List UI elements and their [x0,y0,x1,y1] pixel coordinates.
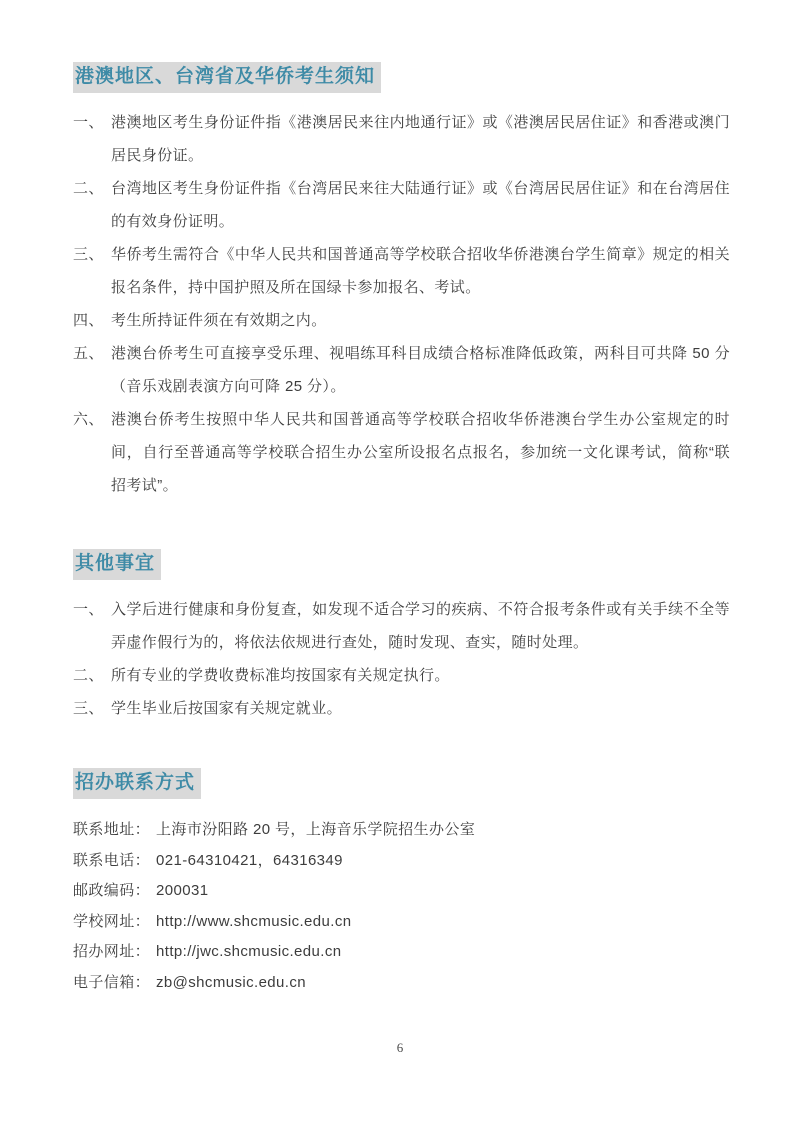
contact-row-address: 联系地址：上海市汾阳路 20 号，上海音乐学院招生办公室 [73,815,730,846]
contact-value: http://jwc.shcmusic.edu.cn [156,943,341,960]
section-admissions-contact: 招办联系方式 联系地址：上海市汾阳路 20 号，上海音乐学院招生办公室 联系电话… [73,768,730,998]
contact-row-phone: 联系电话：021-64310421，64316349 [73,846,730,877]
item-text: 港澳地区考生身份证件指《港澳居民来往内地通行证》或《港澳居民居住证》和香港或澳门… [111,106,730,172]
item-text: 华侨考生需符合《中华人民共和国普通高等学校联合招收华侨港澳台学生简章》规定的相关… [111,238,730,304]
contact-label: 联系地址： [73,821,150,838]
contact-label: 联系电话： [73,852,150,869]
item-text: 学生毕业后按国家有关规定就业。 [111,692,730,725]
section-heading: 其他事宜 [73,549,161,580]
list-item: 三、 学生毕业后按国家有关规定就业。 [73,692,730,725]
list-item: 四、 考生所持证件须在有效期之内。 [73,304,730,337]
contact-label: 学校网址： [73,913,150,930]
list-item: 一、 入学后进行健康和身份复查，如发现不适合学习的疾病、不符合报考条件或有关手续… [73,593,730,659]
item-number: 二、 [73,172,111,238]
section-hk-macau-taiwan-notice: 港澳地区、台湾省及华侨考生须知 一、 港澳地区考生身份证件指《港澳居民来往内地通… [73,60,730,502]
contact-value: 200031 [156,882,208,899]
contact-value: zb@shcmusic.edu.cn [156,974,306,991]
contact-row-school-website: 学校网址：http://www.shcmusic.edu.cn [73,907,730,938]
document-page: 港澳地区、台湾省及华侨考生须知 一、 港澳地区考生身份证件指《港澳居民来往内地通… [0,0,800,1132]
contact-value: http://www.shcmusic.edu.cn [156,913,351,930]
item-text: 港澳台侨考生可直接享受乐理、视唱练耳科目成绩合格标准降低政策，两科目可共降 50… [111,337,730,403]
item-number: 三、 [73,692,111,725]
item-number: 一、 [73,593,111,659]
item-text: 港澳台侨考生按照中华人民共和国普通高等学校联合招收华侨港澳台学生办公室规定的时间… [111,403,730,502]
list-item: 二、 台湾地区考生身份证件指《台湾居民来往大陆通行证》或《台湾居民居住证》和在台… [73,172,730,238]
page-number: 6 [0,1040,800,1056]
contact-label: 邮政编码： [73,882,150,899]
list-item: 一、 港澳地区考生身份证件指《港澳居民来往内地通行证》或《港澳居民居住证》和香港… [73,106,730,172]
list-item: 二、 所有专业的学费收费标准均按国家有关规定执行。 [73,659,730,692]
item-text: 所有专业的学费收费标准均按国家有关规定执行。 [111,659,730,692]
contact-row-email: 电子信箱：zb@shcmusic.edu.cn [73,968,730,999]
section-other-matters: 其他事宜 一、 入学后进行健康和身份复查，如发现不适合学习的疾病、不符合报考条件… [73,549,730,725]
item-number: 五、 [73,337,111,403]
contact-row-admissions-website: 招办网址：http://jwc.shcmusic.edu.cn [73,937,730,968]
contact-list: 联系地址：上海市汾阳路 20 号，上海音乐学院招生办公室 联系电话：021-64… [73,815,730,998]
item-text: 考生所持证件须在有效期之内。 [111,304,730,337]
list-item: 六、 港澳台侨考生按照中华人民共和国普通高等学校联合招收华侨港澳台学生办公室规定… [73,403,730,502]
item-text: 台湾地区考生身份证件指《台湾居民来往大陆通行证》或《台湾居民居住证》和在台湾居住… [111,172,730,238]
item-number: 三、 [73,238,111,304]
list-item: 三、 华侨考生需符合《中华人民共和国普通高等学校联合招收华侨港澳台学生简章》规定… [73,238,730,304]
contact-label: 招办网址： [73,943,150,960]
item-text: 入学后进行健康和身份复查，如发现不适合学习的疾病、不符合报考条件或有关手续不全等… [111,593,730,659]
contact-label: 电子信箱： [73,974,150,991]
contact-value: 021-64310421，64316349 [156,852,343,869]
numbered-list: 一、 港澳地区考生身份证件指《港澳居民来往内地通行证》或《港澳居民居住证》和香港… [73,106,730,502]
contact-row-postcode: 邮政编码：200031 [73,876,730,907]
section-heading: 港澳地区、台湾省及华侨考生须知 [73,62,381,93]
contact-value: 上海市汾阳路 20 号，上海音乐学院招生办公室 [156,821,475,838]
list-item: 五、 港澳台侨考生可直接享受乐理、视唱练耳科目成绩合格标准降低政策，两科目可共降… [73,337,730,403]
item-number: 二、 [73,659,111,692]
numbered-list: 一、 入学后进行健康和身份复查，如发现不适合学习的疾病、不符合报考条件或有关手续… [73,593,730,725]
item-number: 四、 [73,304,111,337]
item-number: 六、 [73,403,111,502]
section-heading: 招办联系方式 [73,768,201,799]
item-number: 一、 [73,106,111,172]
